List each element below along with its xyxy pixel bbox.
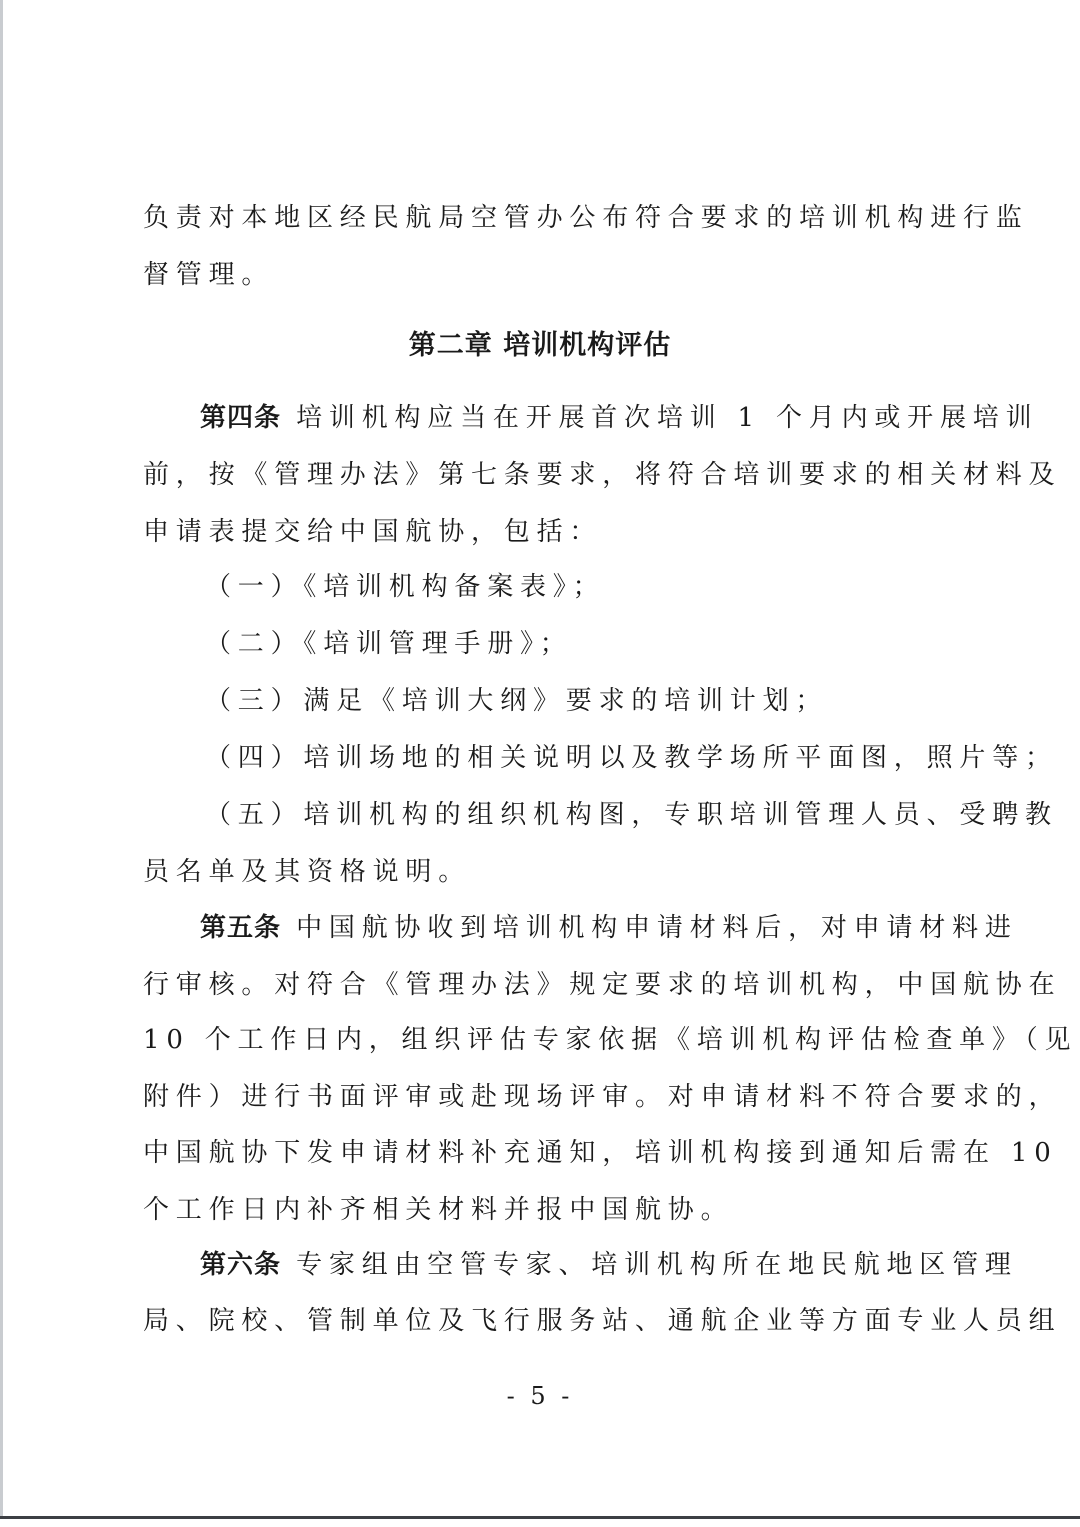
article-label: 第五条 [200,913,281,943]
chapter-heading: 第二章 培训机构评估 [0,330,1080,362]
list-item: （三）满足《培训大纲》要求的培训计划； [205,686,828,716]
paragraph-line: 行审核。对符合《管理办法》规定要求的培训机构，中国航协在 [143,970,1061,1000]
article-text: 培训机构应当在开展首次培训 1 个月内或开展培训 [296,403,1038,433]
paragraph-line: 督管理。 [143,260,274,290]
article-6-line: 第六条 专家组由空管专家、培训机构所在地民航地区管理 [200,1250,1018,1280]
list-item: （二）《培训管理手册》； [205,629,573,659]
article-text: 中国航协收到培训机构申请材料后，对申请材料进 [296,913,1018,943]
page-edge-bottom [0,1516,1080,1519]
list-item: （五）培训机构的组织机构图，专职培训管理人员、受聘教 [205,800,1058,830]
article-4-line: 第四条 培训机构应当在开展首次培训 1 个月内或开展培训 [200,403,1038,433]
paragraph-line: 10 个工作日内，组织评估专家依据《培训机构评估检查单》（见 [143,1025,1077,1055]
paragraph-line: 负责对本地区经民航局空管办公布符合要求的培训机构进行监 [143,203,1029,233]
paragraph-line: 申请表提交给中国航协，包括： [143,517,602,547]
article-text: 专家组由空管专家、培训机构所在地民航地区管理 [296,1250,1018,1280]
article-label: 第四条 [200,403,281,433]
page-edge-left [0,0,3,1518]
list-item: （四）培训场地的相关说明以及教学场所平面图，照片等； [205,743,1058,773]
paragraph-line: 中国航协下发申请材料补充通知，培训机构接到通知后需在 10 [143,1138,1058,1168]
page-number: - 5 - [0,1381,1080,1411]
article-5-line: 第五条 中国航协收到培训机构申请材料后，对申请材料进 [200,913,1018,943]
paragraph-line: 个工作日内补齐相关材料并报中国航协。 [143,1195,733,1225]
paragraph-line: 局、院校、管制单位及飞行服务站、通航企业等方面专业人员组 [143,1306,1061,1336]
paragraph-line: 前，按《管理办法》第七条要求，将符合培训要求的相关材料及 [143,460,1061,490]
paragraph-line: 附件）进行书面评审或赴现场评审。对申请材料不符合要求的， [143,1082,1061,1112]
list-item: （一）《培训机构备案表》； [205,572,605,602]
article-label: 第六条 [200,1250,281,1280]
paragraph-line: 员名单及其资格说明。 [143,857,471,887]
